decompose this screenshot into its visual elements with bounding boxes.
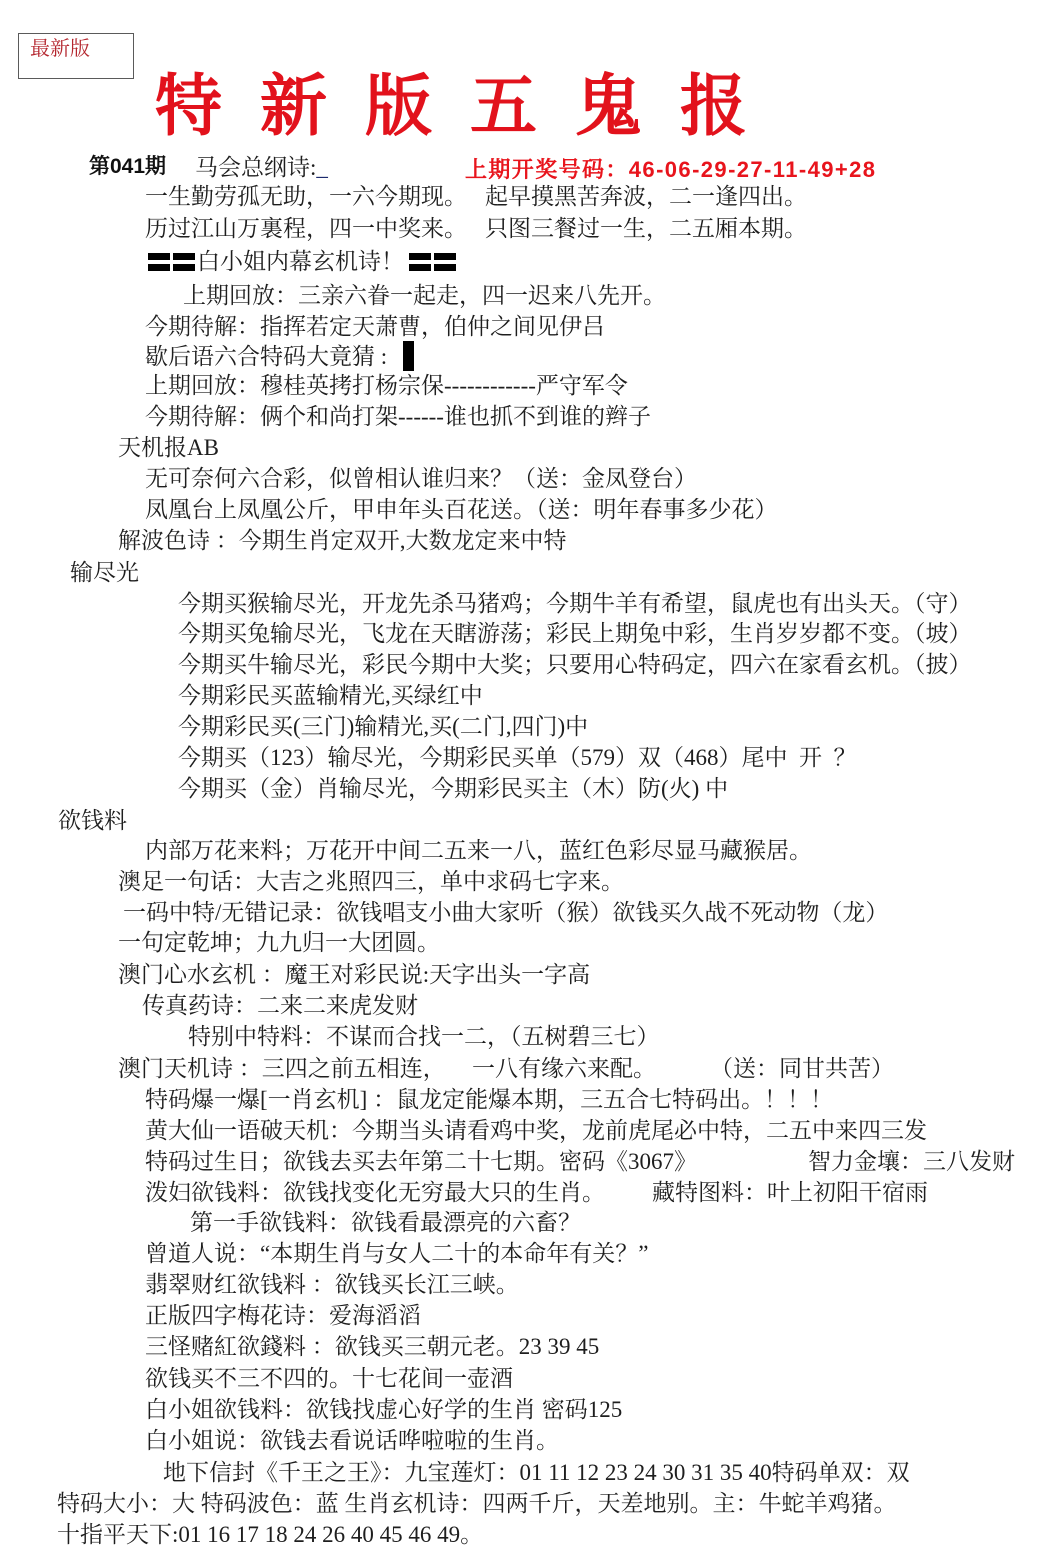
poem-line: 起早摸黑苦奔波，二一逢四出。	[485, 184, 807, 210]
text-cursor: _	[316, 155, 328, 180]
section-heading: 天机报AB	[118, 435, 219, 461]
poem-line: 只图三餐过一生，二五厢本期。	[485, 216, 807, 242]
text-line: 今期买（123）输尽光，今期彩民买单（579）双（468）尾中 开 ？	[178, 745, 857, 771]
double-bar-icon	[409, 253, 456, 271]
text-line: 一句定乾坤；九九归一大团圆。	[118, 930, 440, 956]
text-line: 特码爆一爆[一肖玄机] ：鼠龙定能爆本期，三五合七特码出。！！！	[145, 1087, 833, 1113]
section-heading: 欲钱料	[58, 808, 127, 834]
text-line: 澳门心水玄机 ：魔王对彩民说:天字出头一字高	[118, 962, 590, 988]
section-heading: 输尽光	[70, 560, 139, 586]
text-line: 十指平天下:01 16 17 18 24 26 40 45 46 49。	[57, 1522, 483, 1548]
text-line: 黄大仙一语破天机：今期当头请看鸡中奖，龙前虎尾必中特，二五中来四三发	[145, 1118, 927, 1144]
text-line: 今期买牛输尽光，彩民今期中大奖；只要用心特码定，四六在家看玄机。（披）	[178, 652, 972, 678]
text-line: 欲钱买不三不四的。十七花间一壶酒	[145, 1366, 513, 1392]
text-line: 三怪赌紅欲錢料 ：欲钱买三朝元老。23 39 45	[145, 1334, 599, 1360]
text-line: 传真药诗：二来二来虎发财	[142, 993, 418, 1019]
double-bar-icon	[148, 253, 195, 271]
text-line: （送：同甘共苦）	[710, 1056, 894, 1082]
text-line: 解波色诗 ：今期生肖定双开,大数龙定来中特	[118, 528, 567, 554]
black-block-icon	[403, 341, 414, 371]
text-line: 上期回放：穆桂英拷打杨宗保------------严守军令	[145, 373, 628, 399]
text-line: 藏特图料：叶上初阳干宿雨	[652, 1180, 928, 1206]
text-line: 凤凰台上凤凰公斤，甲申年头百花送。（送：明年春事多少花）	[145, 497, 778, 523]
poem-line: 一生勤劳孤无助，一六今期现。	[145, 184, 467, 210]
text-line: 智力金壤：三八发财	[808, 1149, 1015, 1175]
last-draw-numbers: 上期开奖号码：46-06-29-27-11-49+28	[465, 157, 876, 183]
text-line: 今期买兔输尽光，飞龙在天瞎游荡；彩民上期兔中彩，生肖岁岁都不变。（坡）	[178, 621, 972, 647]
edition-box: 最新版	[18, 33, 134, 79]
text-line: 上期回放：三亲六眷一起走，四一迟来八先开。	[183, 283, 666, 309]
text-line: 澳门天机诗 ：三四之前五相连，	[118, 1056, 446, 1082]
text-line: 澳足一句话：大吉之兆照四三，单中求码七字来。	[118, 869, 624, 895]
text-line: 特别中特料：不谋而合找一二，（五树碧三七）	[188, 1024, 660, 1050]
text-line: 一码中特/无错记录：欲钱唱支小曲大家听（猴）欲钱买久战不死动物（龙）	[123, 900, 888, 926]
text-line: 泼妇欲钱料：欲钱找变化无穷最大只的生肖。	[145, 1180, 605, 1206]
text-line: 无可奈何六合彩，似曾相认谁归来？（送：金凤登台）	[145, 466, 697, 492]
text-line: 今期彩民买(三门)输精光,买(二门,四门)中	[178, 714, 588, 740]
text-line: 第一手欲钱料：欲钱看最漂亮的六畜？	[190, 1210, 581, 1236]
text-line: 翡翠财红欲钱料 ：欲钱买长江三峡。	[145, 1272, 519, 1298]
text-line: 白小姐说：欲钱去看说话哗啦啦的生肖。	[145, 1428, 559, 1454]
text-line: 今期彩民买蓝输精光,买绿红中	[178, 683, 483, 709]
issue-number: 第041期	[89, 155, 166, 179]
poem-heading: 马会总纲诗:_	[195, 155, 328, 181]
text-line: 正版四字梅花诗：爱海滔滔	[145, 1303, 421, 1329]
page-title: 特新版五鬼报	[155, 72, 785, 142]
text-line: 特码过生日；欲钱去买去年第二十七期。密码《3067》	[145, 1149, 697, 1175]
text-line: 一八有缘六来配。	[472, 1056, 656, 1082]
poem-line: 历过江山万裏程，四一中奖来。	[145, 216, 467, 242]
text-line: 今期买（金）肖输尽光，今期彩民买主（木）防(火) 中	[178, 776, 728, 802]
section-heading: 白小姐内幕玄机诗！	[197, 249, 404, 275]
text-line: 今期待解：指挥若定天萧曹，伯仲之间见伊吕	[145, 314, 605, 340]
poem-label: 马会总纲诗:	[195, 155, 316, 180]
text-line: 今期买猴输尽光，开龙先杀马猪鸡；今期牛羊有希望，鼠虎也有出头天。（守）	[178, 591, 972, 617]
text-line: 歇后语六合特码大竟猜 :	[145, 344, 387, 370]
edition-label: 最新版	[30, 37, 90, 61]
text-line: 地下信封《千王之王》：九宝莲灯：01 11 12 23 24 30 31 35 …	[163, 1460, 910, 1486]
text-line: 特码大小：大 特码波色：蓝 生肖玄机诗：四两千斤，天差地别。主：牛蛇羊鸡猪。	[57, 1491, 897, 1517]
text-line: 今期待解：俩个和尚打架------谁也抓不到谁的辫子	[145, 404, 651, 430]
text-line: 白小姐欲钱料：欲钱找虚心好学的生肖 密码125	[145, 1397, 622, 1423]
text-line: 曾道人说：“本期生肖与女人二十的本命年有关？”	[145, 1241, 648, 1267]
text-line: 内部万花来料；万花开中间二五来一八，蓝红色彩尽显马藏猴居。	[145, 838, 812, 864]
